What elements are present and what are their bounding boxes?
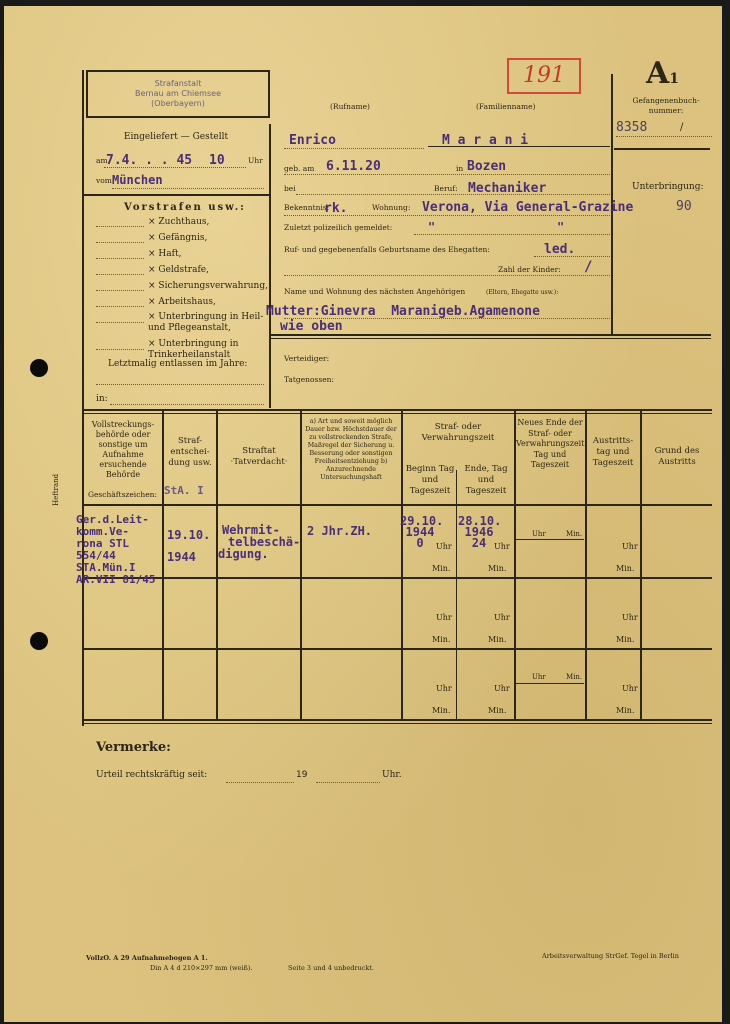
header-offense: Straftat ·Tatverdacht· [220,446,298,468]
header-release: Austritts-tag und Tageszeit [588,436,638,469]
row1-authority: Ger.d.Leit- komm.Ve- rona STL 554/44 STA… [76,514,155,586]
prior-sentences-title: Vorstrafen usw.: [124,202,246,213]
header-term-begin: Beginn Tag und Tageszeit [404,464,456,497]
header-term: Straf- oder Verwahrungszeit [406,422,510,444]
form-code: A1 [646,56,679,91]
header-authority: Vollstreckungs-behörde oder sonstige um … [88,420,158,480]
row1-measure: 2 Jhr.ZH. [307,524,372,538]
prisoner-book-number: 8358 [616,120,647,135]
punch-hole-bottom [30,632,48,650]
residence: Verona, Via General-Grazine [422,200,633,215]
remarks-title: Vermerke: [96,740,171,755]
prisoner-book-label: Gefangenenbuch-nummer: [624,96,708,116]
institution-stamp: Strafanstalt Bernau am Chiemsee (Oberbay… [86,70,270,118]
intake-date: 7.4. . . 45 [106,153,192,168]
document-page: Strafanstalt Bernau am Chiemsee (Oberbay… [4,6,722,1022]
intake-from: München [112,173,163,187]
children-count: / [584,259,592,275]
next-of-kin-address: wie oben [280,319,343,334]
header-measure: a) Art und soweit möglich Dauer bzw. Höc… [304,418,398,482]
margin-label: Heftrand [52,474,60,506]
next-of-kin: Mutter:Ginevra Maranigeb.Agamenone [266,304,540,319]
religion: rk. [324,201,347,216]
first-name: Enrico [289,133,336,148]
row1-offense: Wehrmit- telbeschä- digung. [218,524,300,560]
header-term-end: Ende, Tag und Tageszeit [458,464,514,497]
housing-label: Unterbringung: [632,182,704,192]
birth-date: 6.11.20 [326,159,381,174]
header-decision: Straf-entschei-dung usw. [166,436,214,469]
header-file-ref: Geschäftszeichen: [88,490,157,499]
intake-time: 10 [209,153,225,168]
birth-place: Bozen [467,159,506,174]
intake-title: Eingeliefert — Gestellt [96,132,256,142]
header-new-end: Neues Ende der Straf- oder Verwahrungsze… [516,418,584,471]
row1-begin: 29.10. 1944 0 [400,516,440,549]
footer-printer: Arbeitsverwaltung StrGef. Tegel in Berli… [542,952,679,960]
spouse: led. [544,242,575,257]
last-released-label: Letztmalig entlassen im Jahre: [108,359,247,369]
header-release-reason: Grund des Austritts [644,446,710,468]
housing-value: 90 [676,199,692,214]
row1-decision-date: 19.10. 1944 [167,524,210,568]
punch-hole-top [30,359,48,377]
record-number-box: 191 [507,58,581,94]
footer-form-id: VollzO. A 29 Aufnahmebogen A 1. [86,954,208,962]
